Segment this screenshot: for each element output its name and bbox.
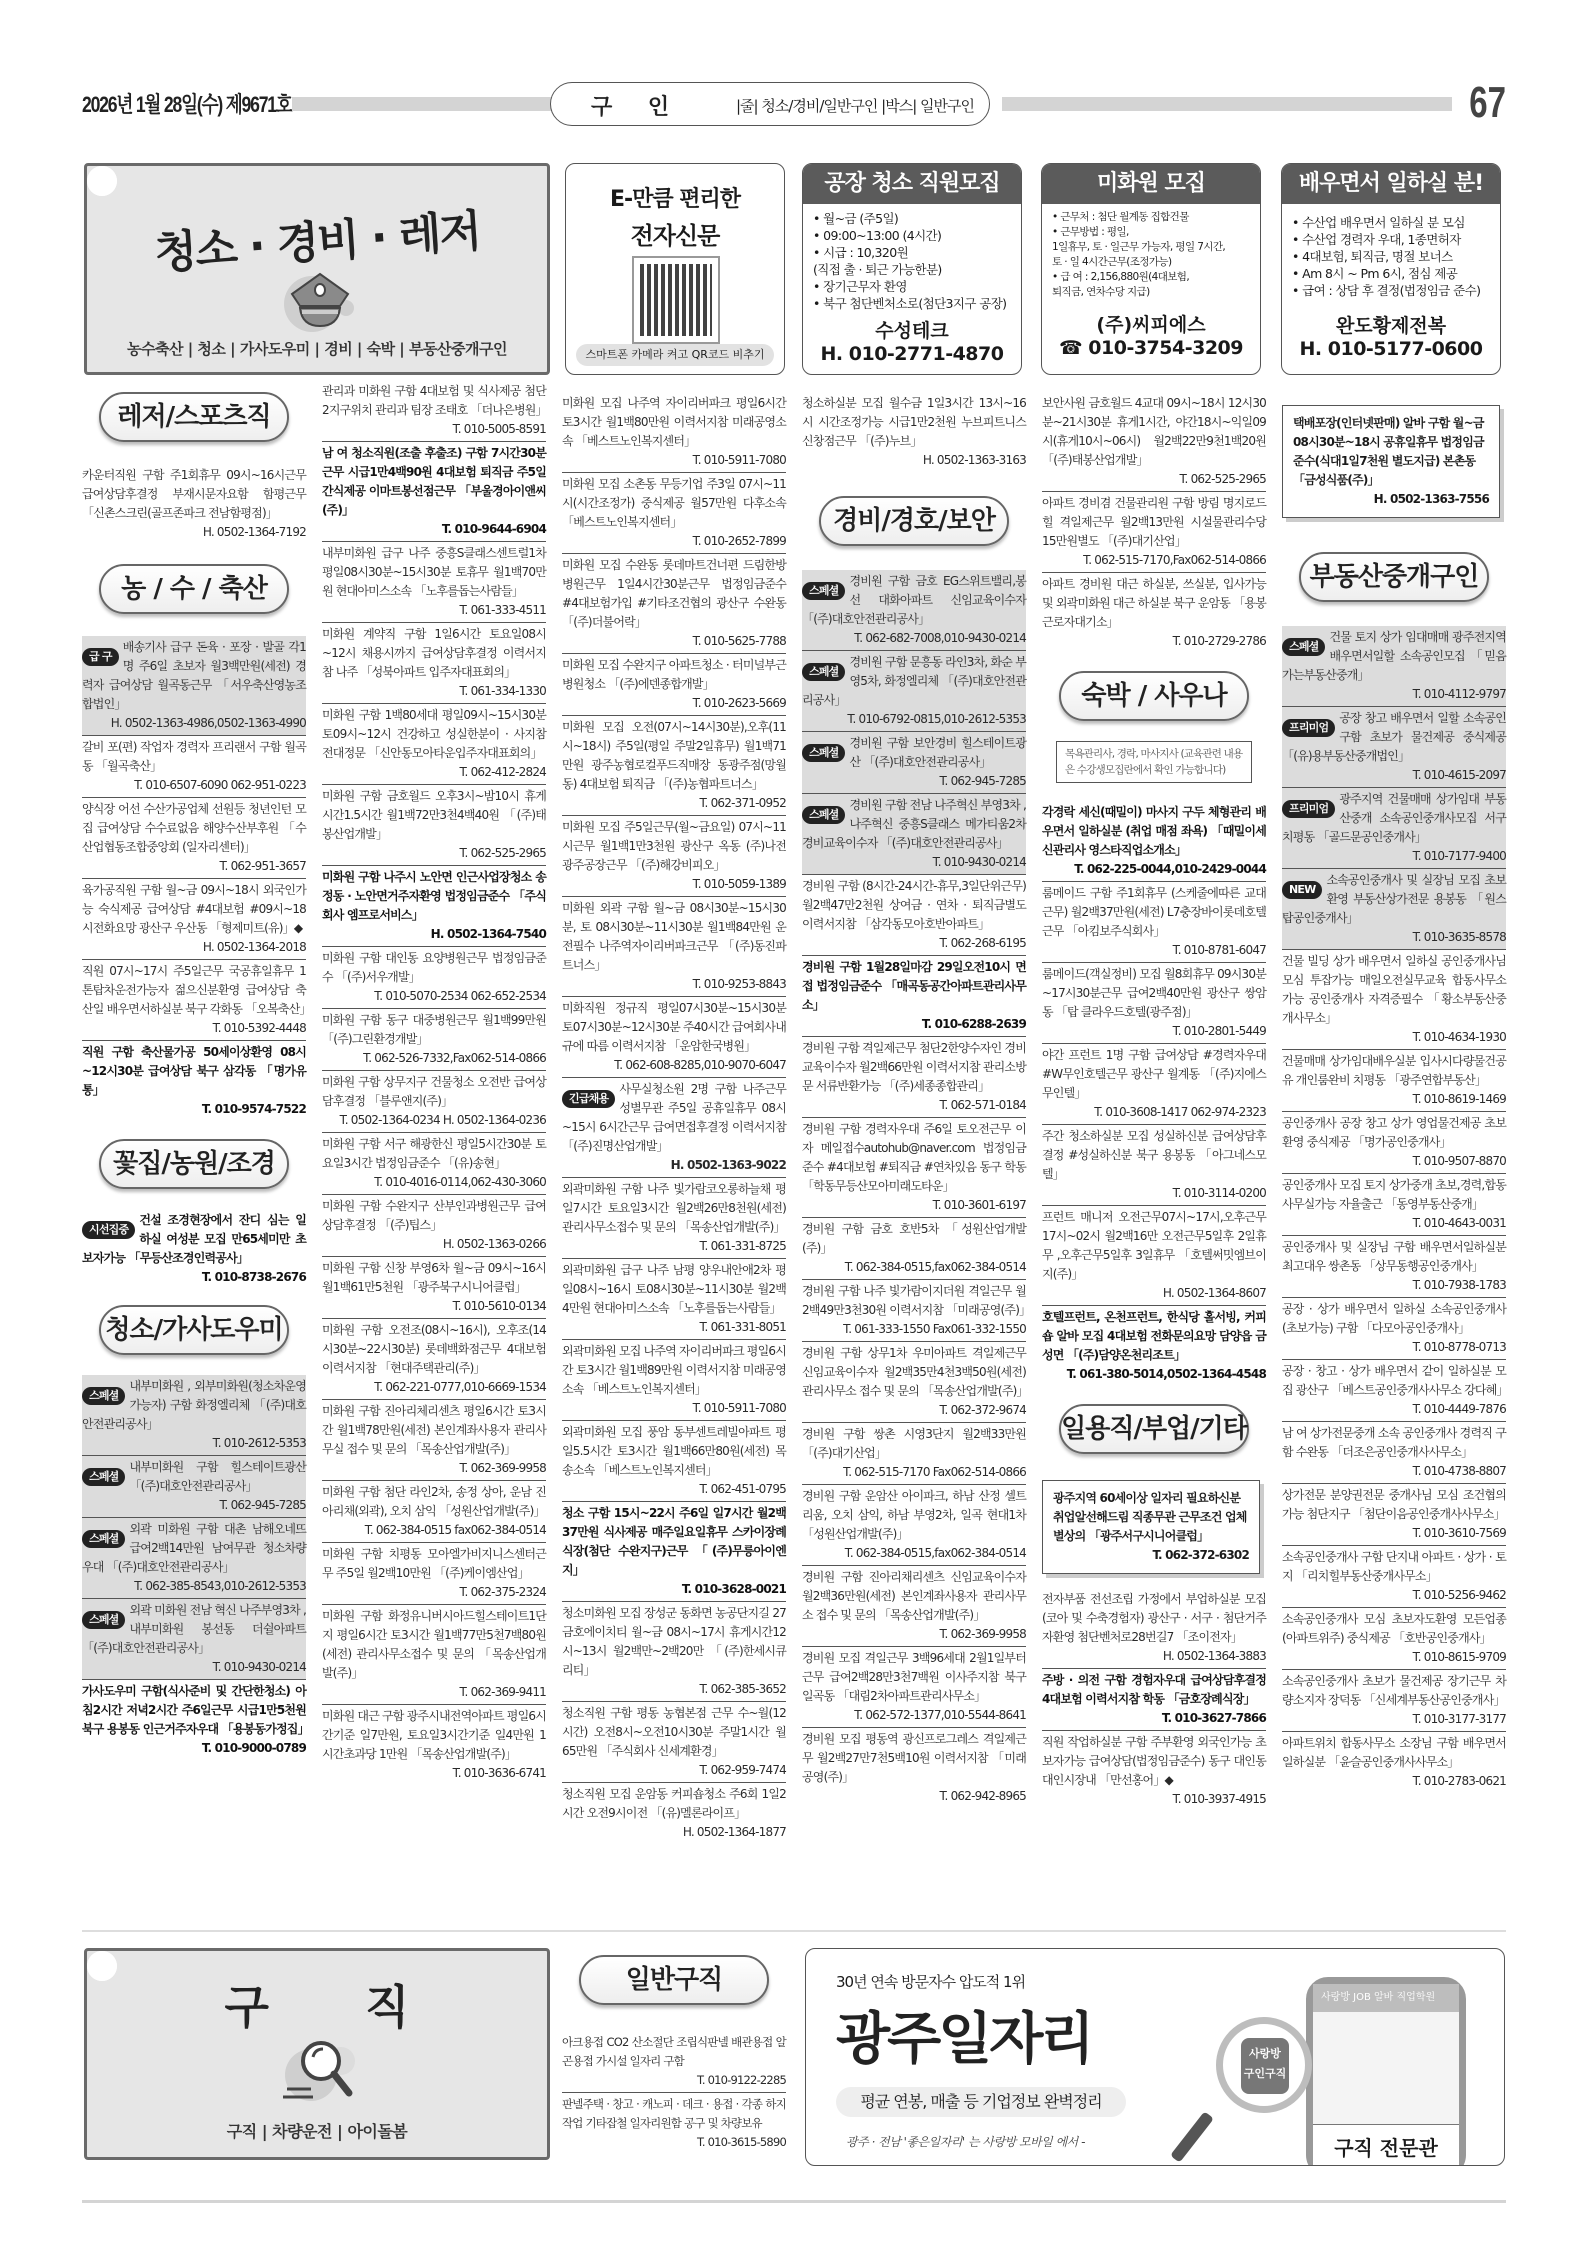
listing[interactable]: 보안사원 금호월드 4교대 09시~18시 12시30분~21시30분 휴게1시… bbox=[1042, 392, 1266, 492]
listing[interactable]: 경비원 구함 나주 빛가람이지더원 격일근무 월2백49만3천30원 이력서지참… bbox=[802, 1280, 1026, 1342]
listing[interactable]: 소속공인중개사 구함 단지내 아파트 · 상가 · 토지 「리치힐부동산중개사무… bbox=[1282, 1546, 1506, 1608]
listing[interactable]: 미화원 구함 진아리체리센츠 평일6시간 토3시간 월1백78만원(세전) 본인… bbox=[322, 1400, 546, 1481]
epaper-headline: E-만큼 편리한 bbox=[566, 182, 784, 213]
section-heading-cleaning: 청소/가사도우미 bbox=[99, 1305, 289, 1355]
listing[interactable]: 소속공인중개사 모심 초보자도환영 모든업종(아파트위주) 중식제공 「호반공인… bbox=[1282, 1608, 1506, 1670]
badge-special: 스페셜 bbox=[82, 1468, 125, 1486]
promo-tagline: 30년 연속 방문자수 압도적 1위 bbox=[836, 1971, 1025, 1992]
listing[interactable]: 미화원 구함 오전조(08시~16시), 오후조(14시30분~22시30분) … bbox=[322, 1319, 546, 1400]
listing-boxed[interactable]: 택배포장(인터넷판매) 알바 구함 월~금 08시30분~18시 공휴일휴무 법… bbox=[1282, 405, 1500, 518]
listing[interactable]: 미화원 모집 오전(07시~14시30분),오후(11시~18시) 주5일(평일… bbox=[562, 716, 786, 816]
listing[interactable]: 공장 · 창고 · 상가 배우면서 같이 일하실분 모집 광산구 「베스트공인중… bbox=[1282, 1360, 1506, 1422]
badge-special: 스페셜 bbox=[802, 744, 845, 762]
listing[interactable]: 미화원 구함 화정유니버시아드힐스테이트1단지 평일6시간 토3시간 월1백77… bbox=[322, 1605, 546, 1705]
promo-footer: 광주 · 전남 '좋은일자리' 는 사랑방 모바일 에서 - bbox=[846, 2133, 1085, 2150]
listing[interactable]: 긴급채용사무실청소원 2명 구함 나주근무 성별무관 주5일 공휴일휴무 08시… bbox=[562, 1078, 786, 1178]
badge-special: 스페셜 bbox=[802, 806, 845, 824]
banner-title: 구 직 bbox=[87, 1971, 547, 2037]
listing[interactable]: 스페셜경비원 구함 보안경비 힐스테이트광산 「(주)대호안전관리공사」T. 0… bbox=[802, 732, 1026, 794]
magnifier-lens-icon: 사랑방 구인구직 bbox=[1216, 2017, 1312, 2113]
listing[interactable]: 경비원 구함 경력자우대 주6일 토오전근무 이자 메일접수autohub@na… bbox=[802, 1118, 1026, 1218]
app-icon: 사랑방 구인구직 bbox=[1241, 2038, 1289, 2094]
badge-special: 스페셜 bbox=[82, 1530, 125, 1548]
ad-janitor[interactable]: 미화원 모집 • 근무처 : 첨단 월계동 집합건물 • 근무방법 : 평일, … bbox=[1041, 163, 1261, 375]
ad-bullet: • 장기근무자 환영 bbox=[813, 278, 1013, 295]
phone-caption: 구직 전문관 bbox=[1313, 2124, 1459, 2166]
listing-boxed[interactable]: 광주지역 60세이상 일자리 필요하신분 취업알선해드림 직종무관 근무조건 업… bbox=[1042, 1480, 1260, 1574]
magnifier-handle bbox=[1170, 2111, 1214, 2163]
epaper-qr-card[interactable]: E-만큼 편리한 전자신문 스마트폰 카메라 켜고 QR코드 비추기 bbox=[565, 163, 785, 375]
section-heading-leisure: 레저/스포츠직 bbox=[99, 392, 289, 442]
badge-special: 스페셜 bbox=[1282, 638, 1325, 656]
listing[interactable]: 직원 작업하실분 구함 주부환영 외국인가능 초보자가능 급여상담(법정임금준수… bbox=[1042, 1731, 1266, 1811]
ad-title: 배우면서 일하실 분! bbox=[1282, 164, 1500, 204]
ad-bullet: • 근무방법 : 평일, bbox=[1052, 225, 1252, 240]
listing[interactable]: 경비원 구함 쌍촌 시영3단지 월2백33만원 「(주)대기산업」T. 062-… bbox=[802, 1423, 1026, 1485]
lodging-notice: 목욕관리사, 경락, 마사지사 (교육관련 내용은 수강생모집란에서 확인 가능… bbox=[1056, 741, 1252, 783]
listing[interactable]: 프런트 매니저 오전근무07시~17시,오후근무17시~02시 월2백16만 오… bbox=[1042, 1206, 1266, 1306]
listing[interactable]: 가사도우미 구함(식사준비 및 간단한청소) 아침2시간 저녁2시간 주6일근무… bbox=[82, 1680, 306, 1760]
listing[interactable]: 미화원 외곽 구함 월~금 08시30분~15시30분, 토 08시30분~11… bbox=[562, 897, 786, 997]
listing[interactable]: 미화원 모집 소촌동 무등기업 주3일 07시~11시(시간조정가) 중식제공 … bbox=[562, 473, 786, 554]
listing[interactable]: 아크용접 CO2 산소절단 조립식판넬 배관용접 알곤용접 가시설 일자리 구함… bbox=[562, 2031, 786, 2093]
listing[interactable]: 상가전문 분양권전문 중개사님 모심 조건협의가능 첨단지구 「첨단이음공인중개… bbox=[1282, 1484, 1506, 1546]
listing[interactable]: 경비원 구함 금호 호반5차 「성원산업개발(주)」T. 062-384-051… bbox=[802, 1218, 1026, 1280]
section-title: 구 인 bbox=[591, 90, 683, 121]
ad-bullet: • 시급 : 10,320원 bbox=[813, 244, 1013, 261]
listing[interactable]: 외곽미화원 모집 풍암 동부센트레빌아파트 평일5.5시간 토3시간 월1백66… bbox=[562, 1421, 786, 1502]
qr-code-icon[interactable] bbox=[632, 256, 720, 344]
banner-categories: 구직 | 차량운전 | 아이돌봄 bbox=[87, 2119, 547, 2142]
listing[interactable]: 직원 구함 축산물가공 50세이상환영 08시~12시30분 급여상담 북구 삼… bbox=[82, 1041, 306, 1121]
listing[interactable]: 스페셜경비원 구함 전남 나주혁신 부영3차 ,나주혁신 중흥S클래스 메가티움… bbox=[802, 794, 1026, 875]
listing[interactable]: 미화원 구함 서구 해광한신 평일5시간30분 토요일3시간 법정임금준수 「(… bbox=[322, 1133, 546, 1195]
ad-bullet: • 수산업 배우면서 일하실 분 모심 bbox=[1292, 214, 1492, 231]
listing[interactable]: 외곽미화원 급구 나주 남평 양우내안애2차 평일08시~16시 토08시30분… bbox=[562, 1259, 786, 1340]
listing[interactable]: 공인중개사 모집 토지 상가중개 초보,경력,합동사무실가능 자율출근 「동영부… bbox=[1282, 1174, 1506, 1236]
epaper-title: 전자신문 bbox=[566, 216, 784, 251]
ad-bullet: • 북구 첨단벤처소로(첨단3지구 공장) bbox=[813, 295, 1013, 312]
ad-bullet: • 4대보험, 퇴직금, 명절 보너스 bbox=[1292, 248, 1492, 265]
listing[interactable]: 스페셜외곽 미화원 구함 대촌 남해오네뜨 급여2백14만원 남여무관 청소차량… bbox=[82, 1518, 306, 1599]
listing[interactable]: 남 여 청소직원(조출 후출조) 구함 7시간30분근무 시급1만4백90원 4… bbox=[322, 442, 546, 542]
listing[interactable]: 미화원 모집 주5일근무(월~금요일) 07시~11시근무 월1백1만3천원 광… bbox=[562, 816, 786, 897]
listing[interactable]: 야간 프런트 1명 구함 급여상담 #경력자우대 #W무인호텔근무 광산구 월계… bbox=[1042, 1044, 1266, 1125]
listing[interactable]: 미화원 모집 수완지구 아파트청소 · 터미널부근 병원청소 「(주)에덴종합개… bbox=[562, 654, 786, 716]
listing[interactable]: 주간 청소하실분 모집 성실하신분 급여상담후결정 #성실하신분 북구 용봉동 … bbox=[1042, 1125, 1266, 1206]
section-banner-job-seeking: 구 직 구직 | 차량운전 | 아이돌봄 bbox=[84, 1948, 550, 2160]
page-header: 2026년 1월 28일(수) 제9671호 구 인 |줄| 청소/경비/일반구… bbox=[82, 82, 1506, 124]
column-3: 미화원 모집 나주역 자이리버파크 평일6시간 토3시간 월1백80만원 이력서… bbox=[562, 392, 786, 1844]
listing[interactable]: 미화원 구함 치평동 모아엘가비지니스센터근무 주5일 월2백10만원 「(주)… bbox=[322, 1543, 546, 1605]
ad-company: (주)씨피에스 bbox=[1042, 310, 1260, 337]
listing[interactable]: 관리과 미화원 구함 4대보험 및 식사제공 첨단2지구위치 관리과 팀장 조태… bbox=[322, 380, 546, 442]
listing[interactable]: 호텔프런트, 온천프런트, 한식당 홀서빙, 커피숍 알바 모집 4대보험 전화… bbox=[1042, 1306, 1266, 1386]
section-heading-general-job-seek: 일반구직 bbox=[579, 1955, 769, 2005]
ad-phone[interactable]: H. 010-5177-0600 bbox=[1282, 338, 1500, 360]
phone-mockup: 사랑방 JOB 알바 직업학원 구직 전문관 bbox=[1306, 1977, 1466, 2166]
ad-bullet: (직접 출 · 퇴근 가능한분) bbox=[813, 261, 1013, 278]
phone-nav: 사랑방 JOB 알바 직업학원 bbox=[1313, 1984, 1459, 2012]
listing[interactable]: 미화원 모집 나주역 자이리버파크 평일6시간 토3시간 월1백80만원 이력서… bbox=[562, 392, 786, 473]
ad-bullet: • 급 여 : 2,156,880원(4대보험, bbox=[1052, 270, 1252, 285]
section-heading-security: 경비/경호/보안 bbox=[819, 496, 1009, 546]
listing[interactable]: 경비원 모집 격일근무 3백96세대 2월1일부터근무 급여2백28만3천7백원… bbox=[802, 1647, 1026, 1728]
listing[interactable]: 경비원 구함 운암산 아이파크, 하남 산정 셀트리움, 오치 삼익, 하남 부… bbox=[802, 1485, 1026, 1566]
promo-brand: 광주일자리 bbox=[836, 1995, 1091, 2075]
listing[interactable]: 건물매매 상가임대배우실분 입사시다량물건공유 개인룸완비 치평동 「광주연합부… bbox=[1282, 1050, 1506, 1112]
listing[interactable]: 미화직원 정규직 평일07시30분~15시30분 토07시30분~12시30분 … bbox=[562, 997, 786, 1078]
column-general-job-seek: 일반구직 아크용접 CO2 산소절단 조립식판넬 배관용접 알곤용접 가시설 일… bbox=[562, 1955, 786, 2154]
listing[interactable]: 경비원 모집 평동역 광신프로그레스 격일제근무 월2백27만7천5백10원 이… bbox=[802, 1728, 1026, 1808]
ad-bullets: • 근무처 : 첨단 월계동 집합건물 • 근무방법 : 평일, 1일휴무, 토… bbox=[1042, 204, 1260, 300]
listing[interactable]: 판넬주택 · 창고 · 캐노피 · 데크 · 용접 · 각종 하지작업 기타잡철… bbox=[562, 2093, 786, 2154]
section-heading-realestate: 부동산중개구인 bbox=[1299, 552, 1489, 602]
listing[interactable]: 급 구배송기사 급구 돈육 · 포장 · 발골 각1명 주6일 초보자 월3백만… bbox=[82, 636, 306, 736]
listing[interactable]: 외곽미화원 모집 나주역 자이리버파크 평일6시간 토3시간 월1백89만원 이… bbox=[562, 1340, 786, 1421]
listing[interactable]: 양식장 어선 수산가공업체 선원등 청년인턴 모집 급여상담 수수료없음 해양수… bbox=[82, 798, 306, 879]
ad-company: 수성테크 bbox=[803, 316, 1021, 343]
listing[interactable]: 공인중개사 공장 창고 상가 영업물건제공 초보환영 중식제공 「명가공인중개사… bbox=[1282, 1112, 1506, 1174]
issue-date: 2026년 1월 28일(수) 제9671호 bbox=[82, 88, 292, 119]
listing[interactable]: 소속공인중개사 초보가 물건제공 장기근무 차량소지자 장덕동 「신세계부동산공… bbox=[1282, 1670, 1506, 1732]
listing[interactable]: 미화원 구함 신창 부영6차 월~금 09시~16시 월1백61만5천원 「광주… bbox=[322, 1257, 546, 1319]
header-rule-right bbox=[1002, 97, 1452, 111]
ad-bullet: 퇴직금, 연차수당 지급) bbox=[1052, 285, 1252, 300]
listing[interactable]: 전자부품 전선조립 가정에서 부업하실분 모집 (코아 및 수축경험자) 광산구… bbox=[1042, 1588, 1266, 1669]
ad-abalone[interactable]: 배우면서 일하실 분! • 수산업 배우면서 일하실 분 모심 • 수산업 경력… bbox=[1281, 163, 1501, 375]
listing[interactable]: 미화원 구함 금호월드 오후3시~밤10시 휴게시간1.5시간 월1백72만3천… bbox=[322, 785, 546, 866]
section-heading-flower: 꽃집/농원/조경 bbox=[99, 1139, 289, 1189]
listing[interactable]: 주방 · 의전 구함 경험자우대 급여상담후결정 4대보험 이력서지참 학동 「… bbox=[1042, 1669, 1266, 1731]
badge-special: 스페셜 bbox=[802, 582, 845, 600]
badge-premium: 프리미엄 bbox=[1282, 719, 1335, 737]
section-heading-daily: 일용직/부업/기타 bbox=[1059, 1404, 1249, 1454]
ad-bullet: • Am 8시 ~ Pm 6시, 점심 제공 bbox=[1292, 265, 1492, 282]
listing[interactable]: 미화원 모집 수완동 롯데마트건너편 드림한방병원근무 1일4시간30분근무 법… bbox=[562, 554, 786, 654]
ad-title: 미화원 모집 bbox=[1042, 164, 1260, 204]
listing[interactable]: 육가공직원 구함 월~금 09시~18시 외국인가능 숙식제공 급여상담 #4대… bbox=[82, 879, 306, 960]
listing[interactable]: 룸메이드(객실정비) 모집 월8회휴무 09시30분~17시30분근무 급여2백… bbox=[1042, 963, 1266, 1044]
listing[interactable]: 미화원 구함 수완지구 산부인과병원근무 급여상담후결정 「(주)팁스」H. 0… bbox=[322, 1195, 546, 1257]
listing[interactable]: 청소 구함 15시~22시 주6일 일7시간 월2백37만원 식사제공 매주일요… bbox=[562, 1502, 786, 1602]
listing[interactable]: 스페셜건물 토지 상가 임대매매 광주전지역 배우면서일할 소속공인모집 「믿음… bbox=[1282, 626, 1506, 707]
listing[interactable]: 미화원 대근 구함 광주시내전역아파트 평일6시간기준 일7만원, 토요일3시간… bbox=[322, 1705, 546, 1785]
ad-bullet: • 급여 : 상담 후 결정(법정임금 준수) bbox=[1292, 282, 1492, 299]
listing[interactable]: 미화원 구함 나주시 노안면 인근사업장청소 송정동 · 노안면거주자환영 법정… bbox=[322, 866, 546, 947]
listing[interactable]: 건물 빌딩 상가 배우면서 일하실 공인중개사님 모심 투잡가능 매일오전실무교… bbox=[1282, 950, 1506, 1050]
column-4: 청소하실분 모집 월수금 1일3시간 13시~16시 시간조정가능 시급1만2천… bbox=[802, 392, 1026, 1808]
ad-title: 공장 청소 직원모집 bbox=[803, 164, 1021, 204]
badge-spotlight: 시선집중 bbox=[82, 1221, 135, 1239]
epaper-caption: 스마트폰 카메라 켜고 QR코드 비추기 bbox=[576, 344, 774, 366]
listing[interactable]: 미화원 계약직 구함 1일6시간 토요일08시~12시 채용시까지 급여상담후결… bbox=[322, 623, 546, 704]
listing[interactable]: 스페셜외곽 미화원 전남 혁신 나주부영3차 ,내부미화원 봉선동 더쉴아파트 … bbox=[82, 1599, 306, 1680]
listing[interactable]: 프리미엄공장 창고 배우면서 일할 소속공인 구함 초보가 물건제공 중식제공 … bbox=[1282, 707, 1506, 788]
badge-urgent: 급 구 bbox=[82, 648, 119, 666]
section-desc: |줄| 청소/경비/일반구인 |박스| 일반구인 bbox=[736, 95, 974, 116]
listing[interactable]: 스페셜내부미화원 , 외부미화원(청소차운영가능자) 구함 화정엘리체 「(주)… bbox=[82, 1375, 306, 1456]
listing[interactable]: 스페셜내부미화원 구함 힐스테이트광산 「(주)대호안전관리공사」T. 062-… bbox=[82, 1456, 306, 1518]
badge-premium: 프리미엄 bbox=[1282, 800, 1335, 818]
listing[interactable]: 아파트위치 합동사무소 소장님 구함 배우면서일하실분 「윤슬공인중개사사무소」… bbox=[1282, 1732, 1506, 1793]
column-2: 관리과 미화원 구함 4대보험 및 식사제공 첨단2지구위치 관리과 팀장 조태… bbox=[322, 380, 546, 1785]
listing[interactable]: 청소직원 구함 평동 농협본점 근무 수~월(12시간) 오전8시~오전10시3… bbox=[562, 1702, 786, 1783]
column-1: 레저/스포츠직 카운터직원 구함 주1회휴무 09시~16시근무 급여상담후결정… bbox=[82, 392, 306, 1760]
listing[interactable]: 공인중개사 및 실장님 구함 배우면서일하실분 최고대우 쌍촌동 「상무동행공인… bbox=[1282, 1236, 1506, 1298]
listing[interactable]: 갈비 포(편) 작업자 경력자 프리랜서 구함 월곡동 「월곡축산」T. 010… bbox=[82, 736, 306, 798]
listing[interactable]: 미화원 구함 1백80세대 평일09시~15시30분 토09시~12시 건강하고… bbox=[322, 704, 546, 785]
listing[interactable]: 룸메이드 구함 주1회휴무 (스케줄에따른 교대근무) 월2백37만원(세전) … bbox=[1042, 882, 1266, 963]
listing[interactable]: 각경락 세신(때밀이) 마사지 구두 체형관리 배우면서 일하실분 (취업 매점… bbox=[1042, 801, 1266, 882]
listing[interactable]: 아파트 경비겸 건물관리원 구함 방림 명지로드힐 격일제근무 월2백13만원 … bbox=[1042, 492, 1266, 573]
listing[interactable]: NEW소속공인중개사 및 실장님 모집 초보환영 부동산상가전문 용봉동 「원스… bbox=[1282, 869, 1506, 950]
listing[interactable]: 미화원 구함 첨단 라인2차, 송정 상아, 운남 진아리채(외곽), 오치 삼… bbox=[322, 1481, 546, 1543]
listing[interactable]: 청소직원 모집 운암동 커피숍청소 주6회 1일2시간 오전9시이전 「(유)멜… bbox=[562, 1783, 786, 1844]
column-5: 보안사원 금호월드 4교대 09시~18시 12시30분~21시30분 휴게1시… bbox=[1042, 392, 1266, 1811]
listing[interactable]: 경비원 구함 (8시간-24시간-휴무,3일단위근무) 월2백47만2천원 상여… bbox=[802, 875, 1026, 956]
ad-bullet: • 09:00~13:00 (4시간) bbox=[813, 227, 1013, 244]
badge-special: 스페셜 bbox=[82, 1387, 125, 1405]
ad-bullets: • 월~금 (주5일) • 09:00~13:00 (4시간) • 시급 : 1… bbox=[803, 204, 1021, 312]
page-number: 67 bbox=[1469, 78, 1506, 128]
listing[interactable]: 직원 07시~17시 주5일근무 국공휴일휴무 1톤탑차운전가능자 젊으신분환영… bbox=[82, 960, 306, 1041]
banner-categories: 농수축산 | 청소 | 가사도우미 | 경비 | 숙박 | 부동산중개구인 bbox=[87, 338, 547, 359]
listing[interactable]: 미화원 구함 상무지구 건물청소 오전반 급여상담후결정 「블루앤지(주)」T.… bbox=[322, 1071, 546, 1133]
badge-new: NEW bbox=[1282, 881, 1322, 899]
listing[interactable]: 프리미엄광주지역 건물매매 상가임대 부동산중개 소속공인중개사모집 서구 치평… bbox=[1282, 788, 1506, 869]
listing[interactable]: 미화원 구함 대인동 요양병원근무 법정임금준수 「(주)서우개발」T. 010… bbox=[322, 947, 546, 1009]
listing[interactable]: 스페셜경비원 구함 문흥동 라인3차, 화순 부영5차, 화정엘리체 「(주)대… bbox=[802, 651, 1026, 732]
magnifier-icon bbox=[277, 2031, 367, 2111]
ad-company: 완도황제전복 bbox=[1282, 311, 1500, 338]
listing[interactable]: 카운터직원 구함 주1회휴무 09시~16시근무 급여상담후결정 부재시문자요함… bbox=[82, 464, 306, 544]
listing[interactable]: 공장 · 상가 배우면서 일하실 소속공인중개사(초보가능) 구함 「다모아공인… bbox=[1282, 1298, 1506, 1360]
ad-bullet: 1일휴무, 토 · 일근무 가능자, 평일 7시간, bbox=[1052, 240, 1252, 255]
listing[interactable]: 경비원 구함 진아리채리센츠 신임교육이수자 월2백36만원(세전) 본인계좌사… bbox=[802, 1566, 1026, 1647]
ad-phone[interactable]: H. 010-2771-4870 bbox=[803, 343, 1021, 365]
section-heading-lodging: 숙박 / 사우나 bbox=[1059, 671, 1249, 721]
ad-bullets: • 수산업 배우면서 일하실 분 모심 • 수산업 경력자 우대, 1종면허자 … bbox=[1282, 204, 1500, 299]
listing[interactable]: 아파트 경비원 대근 하실분, 쓰실분, 입사가능 및 외곽미화원 대근 하실분… bbox=[1042, 573, 1266, 653]
listing[interactable]: 청소하실분 모집 월수금 1일3시간 13시~16시 시간조정가능 시급1만2천… bbox=[802, 392, 1026, 472]
badge-special: 스페셜 bbox=[82, 1611, 125, 1629]
badge-urgent-hiring: 긴급채용 bbox=[562, 1090, 615, 1108]
listing[interactable]: 경비원 구함 격일제근무 첨단2한양수자인 경비교육이수자 월2백66만원 이력… bbox=[802, 1037, 1026, 1118]
listing[interactable]: 청소미화원 모집 장성군 동화면 농공단지길 27 금호에이치티 월~금 08시… bbox=[562, 1602, 786, 1702]
badge-special: 스페셜 bbox=[802, 663, 845, 681]
listing[interactable]: 내부미화원 급구 나주 중흥S클래스센트럴1차 평일08시30분~15시30분 … bbox=[322, 542, 546, 623]
listing[interactable]: 스페셜경비원 구함 금호 EG스위트밸리,봉선 대화아파트 신임교육이수자 「(… bbox=[802, 570, 1026, 651]
listing[interactable]: 경비원 구함 상무1차 우미아파트 격일제근무 신임교육이수자 월2백35만4천… bbox=[802, 1342, 1026, 1423]
ad-bullet: • 근무처 : 첨단 월계동 집합건물 bbox=[1052, 210, 1252, 225]
promo-gwangju-jobs[interactable]: 30년 연속 방문자수 압도적 1위 광주일자리 평균 연봉, 매출 등 기업정… bbox=[805, 1948, 1505, 2166]
listing[interactable]: 외곽미화원 구함 나주 빛가람코오롱하늘채 평일7시간 토요일3시간 월2백26… bbox=[562, 1178, 786, 1259]
listing[interactable]: 남 여 상가전문중개 소속 공인중개사 경력직 구함 수완동 「더조은공인중개사… bbox=[1282, 1422, 1506, 1484]
listing[interactable]: 경비원 구함 1월28일마감 29일오전10시 면접 법정임금준수 「매곡동공간… bbox=[802, 956, 1026, 1037]
section-divider bbox=[82, 1930, 1506, 1932]
ad-phone[interactable]: ☎ 010-3754-3209 bbox=[1042, 337, 1260, 359]
ad-bullet: • 수산업 경력자 우대, 1종면허자 bbox=[1292, 231, 1492, 248]
promo-pill: 평균 연봉, 매출 등 기업정보 완벽정리 bbox=[836, 2087, 1126, 2117]
ad-bullet: • 월~금 (주5일) bbox=[813, 210, 1013, 227]
section-heading-agri: 농 / 수 / 축산 bbox=[99, 564, 289, 614]
listing[interactable]: 미화원 구함 동구 대중병원근무 월1백99만원 「(주)그린환경개발」T. 0… bbox=[322, 1009, 546, 1071]
section-banner-cleaning-security-leisure: 청소 · 경비 · 레저 농수축산 | 청소 | 가사도우미 | 경비 | 숙박… bbox=[84, 163, 550, 375]
guard-cap-icon bbox=[280, 264, 360, 334]
footer-rule bbox=[82, 2200, 1506, 2203]
section-label: 구 인 |줄| 청소/경비/일반구인 |박스| 일반구인 bbox=[550, 82, 990, 126]
ad-bullet: 토 · 일 4시간근무(조정가능) bbox=[1052, 255, 1252, 270]
listing[interactable]: 시선집중건설 조경현장에서 잔디 심는 일 하실 여성분 모집 만65세미만 초… bbox=[82, 1209, 306, 1289]
column-6: 택배포장(인터넷판매) 알바 구함 월~금 08시30분~18시 공휴일휴무 법… bbox=[1282, 405, 1506, 1793]
ad-factory-cleaning[interactable]: 공장 청소 직원모집 • 월~금 (주5일) • 09:00~13:00 (4시… bbox=[802, 163, 1022, 375]
